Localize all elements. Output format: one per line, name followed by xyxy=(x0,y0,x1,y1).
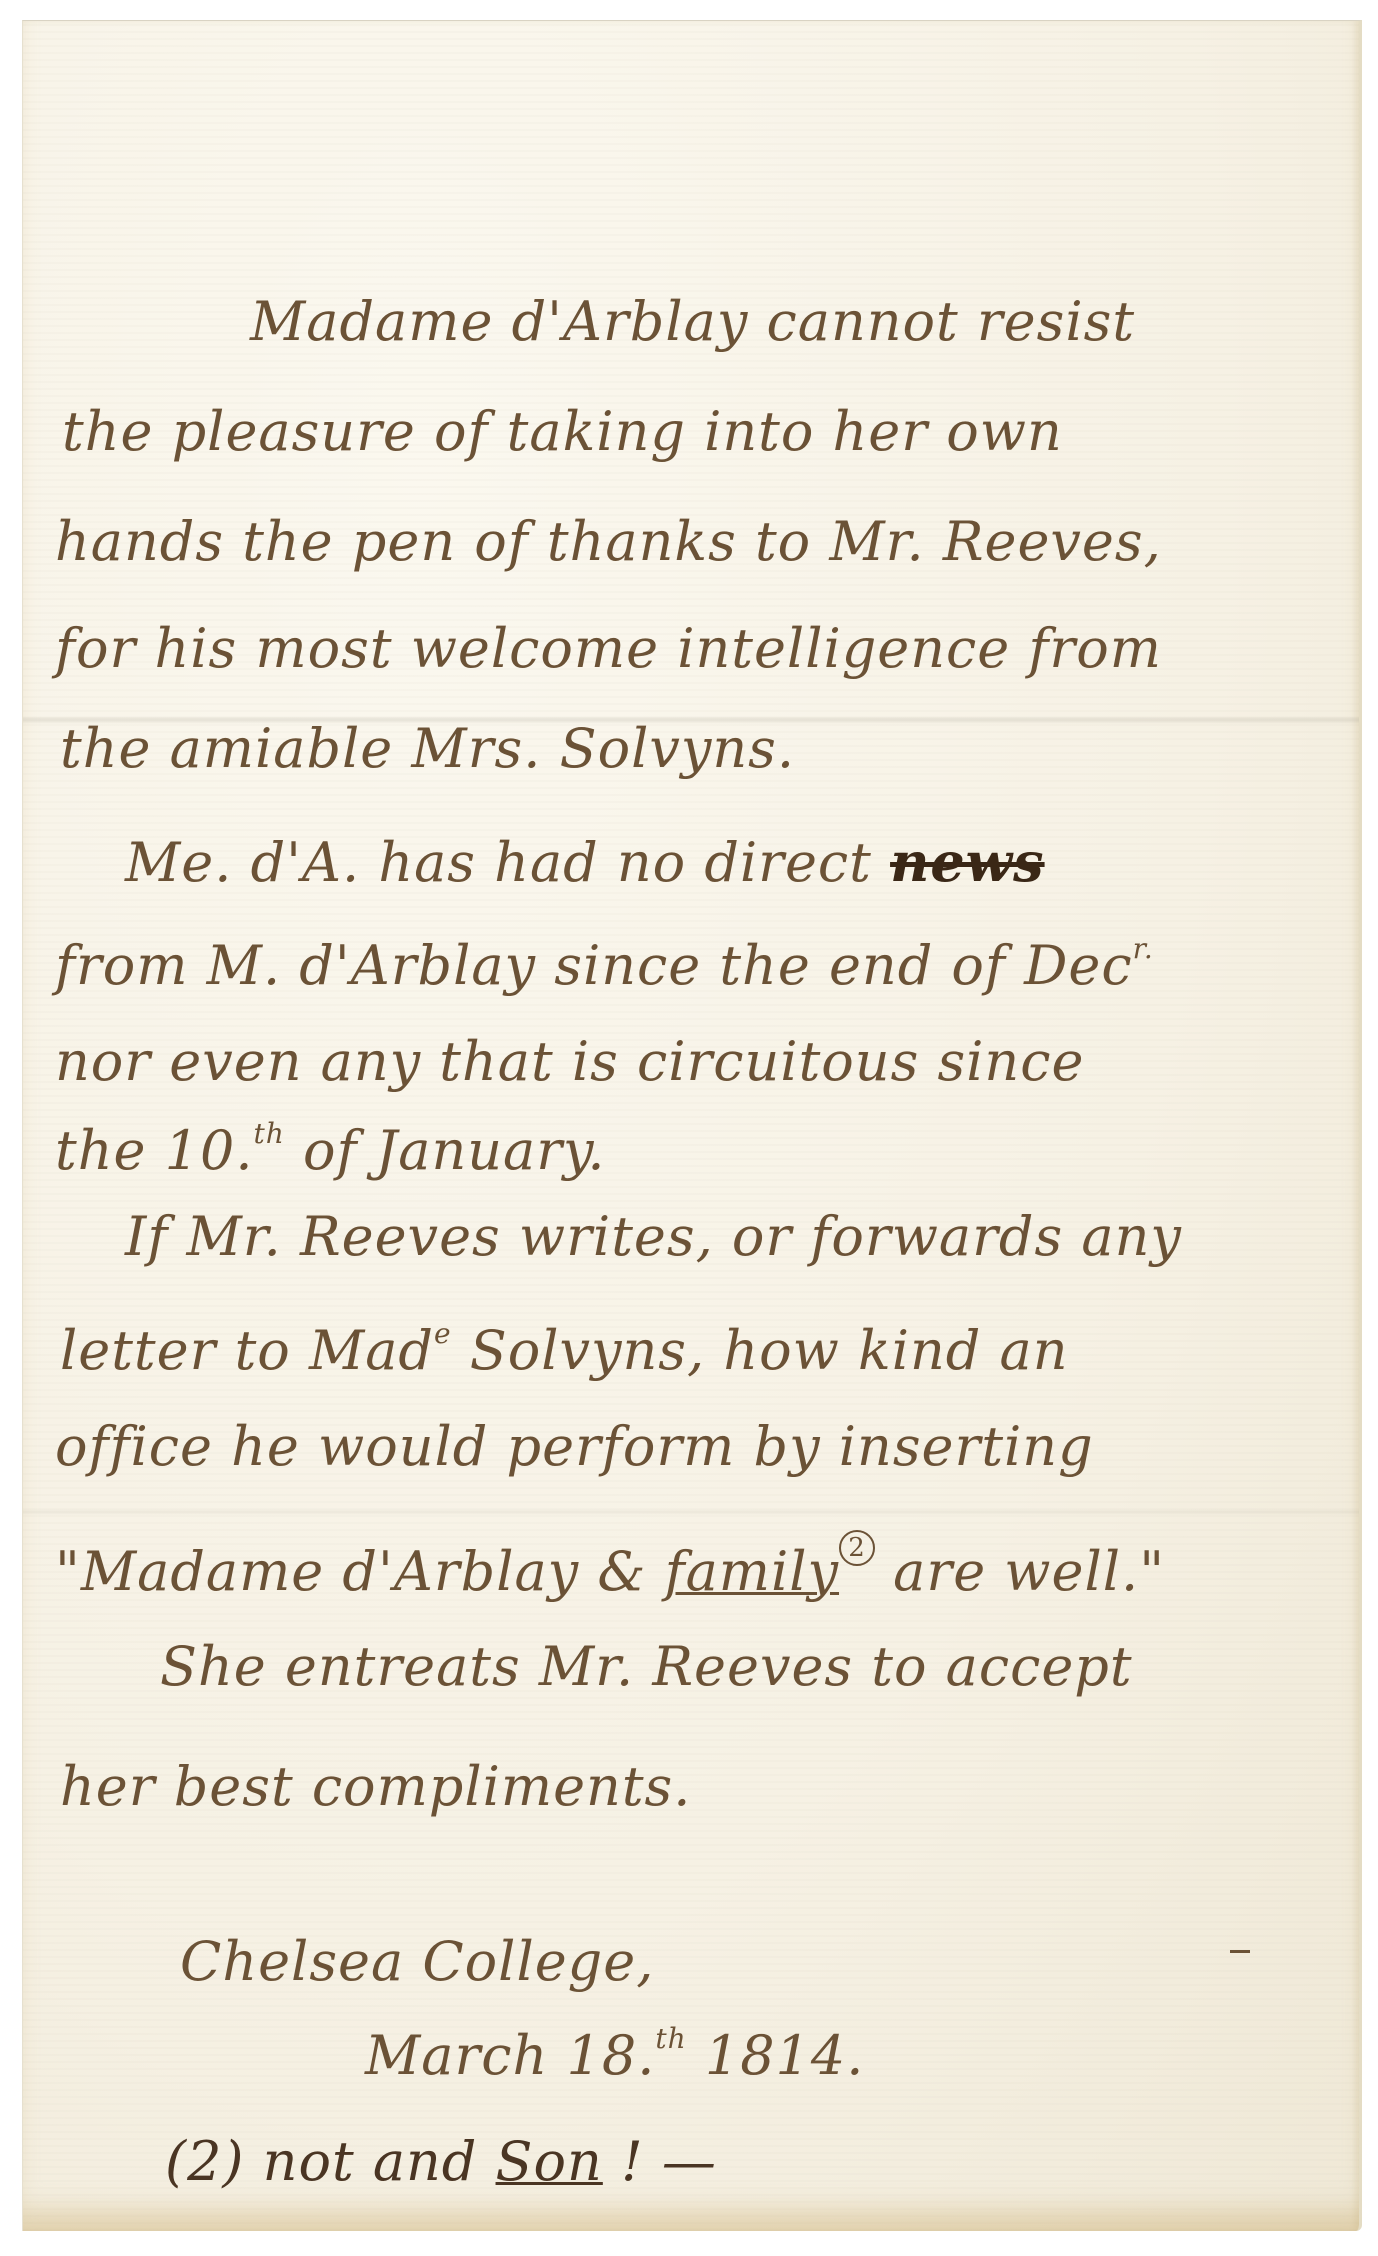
letter-line-2: the pleasure of taking into her own xyxy=(62,405,1063,459)
letter-line-6: Me. d'A. has had no direct news xyxy=(125,835,1045,890)
line-text: hands the pen of thanks to Mr. Reeves, xyxy=(55,510,1162,573)
line-text: are well." xyxy=(875,1540,1165,1603)
line-text: office he would perform by inserting xyxy=(55,1415,1094,1478)
line-text: of January. xyxy=(285,1119,606,1182)
letter-line-9: the 10.th of January. xyxy=(55,1120,606,1178)
line-text: her best compliments. xyxy=(60,1755,691,1818)
letter-line-14: She entreats Mr. Reeves to accept xyxy=(160,1640,1133,1694)
letter-line-15: her best compliments. xyxy=(60,1760,691,1814)
superscript: r. xyxy=(1133,932,1154,965)
superscript: e xyxy=(434,1317,452,1350)
place-text: Chelsea College, xyxy=(180,1930,654,1993)
letter-line-10: If Mr. Reeves writes, or forwards any xyxy=(125,1210,1182,1264)
line-text: for his most welcome intelligence from xyxy=(55,617,1162,680)
date-text: 1814. xyxy=(687,2024,865,2087)
footnote: (2) not and Son ! — xyxy=(165,2135,717,2189)
line-text: from M. d'Arblay since the end of Dec xyxy=(55,934,1133,997)
superscript: th xyxy=(253,1117,284,1150)
line-text: letter to Mad xyxy=(60,1319,434,1382)
footnote-text: ! — xyxy=(603,2130,717,2193)
footnote-text: not and xyxy=(263,2130,496,2193)
line-text: the amiable Mrs. Solvyns. xyxy=(60,717,795,780)
line-text: If Mr. Reeves writes, or forwards any xyxy=(125,1205,1182,1268)
letter-line-8: nor even any that is circuitous since xyxy=(55,1035,1084,1089)
letter-line-11: letter to Made Solvyns, how kind an xyxy=(60,1320,1069,1378)
letter-line-1: Madame d'Arblay cannot resist xyxy=(250,295,1135,349)
line-text: She entreats Mr. Reeves to accept xyxy=(160,1635,1133,1698)
letter-line-4: for his most welcome intelligence from xyxy=(55,622,1162,676)
line-text: the 10. xyxy=(55,1119,253,1182)
underlined-word: family xyxy=(665,1540,839,1603)
date-text: March 18. xyxy=(365,2024,655,2087)
signoff-place: Chelsea College, xyxy=(180,1935,654,1989)
margin-dash-mark xyxy=(1230,1950,1250,1953)
signoff-date: March 18.th 1814. xyxy=(365,2025,864,2083)
footnote-marker: (2) xyxy=(165,2130,245,2193)
superscript: th xyxy=(655,2022,686,2055)
letter-line-5: the amiable Mrs. Solvyns. xyxy=(60,722,795,776)
letter-line-13: "Madame d'Arblay & family2 are well." xyxy=(55,1530,1165,1599)
letter-line-12: office he would perform by inserting xyxy=(55,1420,1094,1474)
line-text: Me. d'A. has had no direct xyxy=(125,831,872,894)
line-text: "Madame d'Arblay & xyxy=(55,1540,665,1603)
letter-line-3: hands the pen of thanks to Mr. Reeves, xyxy=(55,515,1162,569)
line-text: Madame d'Arblay cannot resist xyxy=(250,290,1135,353)
paper-fold-line-lower xyxy=(23,1509,1359,1515)
line-text: the pleasure of taking into her own xyxy=(62,400,1063,463)
struck-out-word: news xyxy=(890,830,1045,894)
line-text: nor even any that is circuitous since xyxy=(55,1030,1084,1093)
line-text: Solvyns, how kind an xyxy=(452,1319,1069,1382)
letter-line-7: from M. d'Arblay since the end of Decr. xyxy=(55,935,1154,993)
footnote-marker: 2 xyxy=(839,1530,875,1566)
underlined-word: Son xyxy=(496,2130,603,2193)
